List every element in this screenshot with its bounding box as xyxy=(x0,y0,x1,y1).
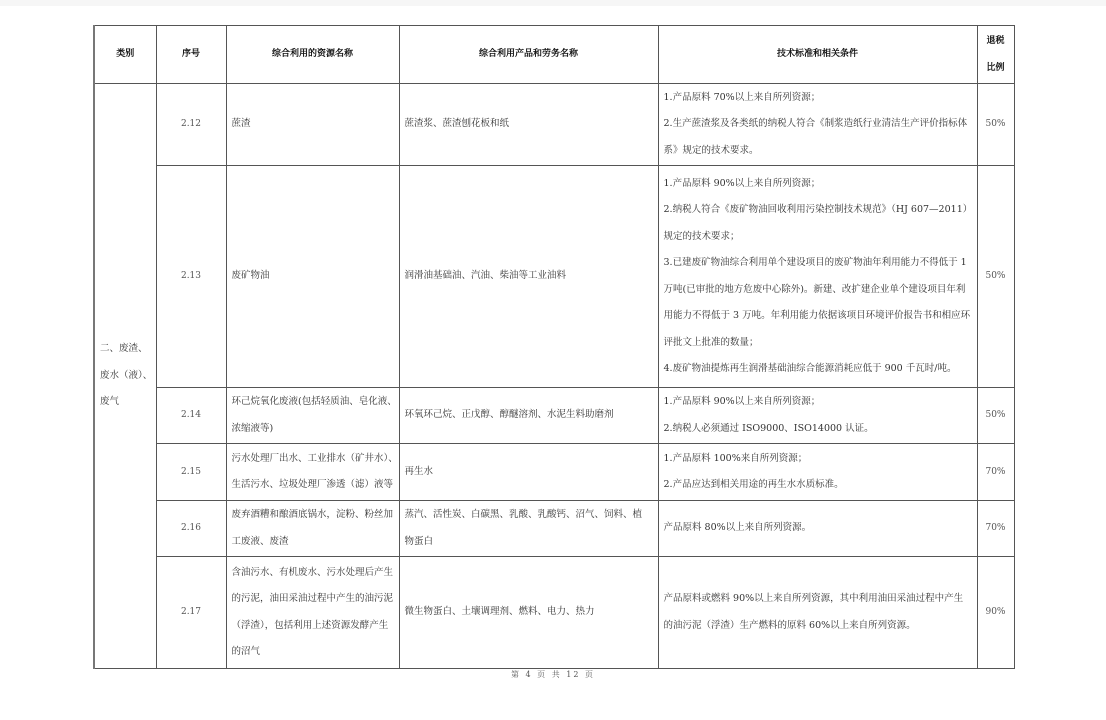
standard-line: 万吨(已审批的地方危废中心除外)。新建、改扩建企业单个建设项目年利 xyxy=(664,277,974,304)
category-cell: 二、废渣、废水（液）、废气 xyxy=(94,84,156,669)
standard-line: 3.已建废矿物油综合利用单个建设项目的废矿物油年利用能力不得低于 1 xyxy=(664,250,974,277)
resource-line: 废弃酒糟和酿酒底锅水，淀粉、粉丝加 xyxy=(232,502,396,529)
table-row: 2.13废矿物油润滑油基础油、汽油、柴油等工业油料1.产品原料 90%以上来自所… xyxy=(94,166,1014,388)
standard-line: 产品原料 80%以上来自所列资源。 xyxy=(664,515,974,542)
table-row: 2.15污水处理厂出水、工业排水（矿井水）、生活污水、垃圾处理厂渗透（滤）液等再… xyxy=(94,444,1014,501)
standard-cell: 1.产品原料 70%以上来自所列资源；2.生产蔗渣浆及各类纸的纳税人符合《制浆造… xyxy=(658,84,977,166)
resource-line: 废矿物油 xyxy=(232,263,396,290)
table-row: 2.16废弃酒糟和酿酒底锅水，淀粉、粉丝加工废液、废渣蒸汽、活性炭、白碳黑、乳酸… xyxy=(94,501,1014,557)
serial-cell: 2.16 xyxy=(156,501,226,557)
header-standard: 技术标准和相关条件 xyxy=(658,26,977,84)
standard-line: 1.产品原料 100%来自所列资源； xyxy=(664,446,974,473)
product-line: 环氧环己烷、正戊醇、醇醚溶剂、水泥生料助磨剂 xyxy=(405,402,655,429)
serial-cell: 2.13 xyxy=(156,166,226,388)
product-line: 微生物蛋白、土壤调理剂、燃料、电力、热力 xyxy=(405,599,655,626)
refund-ratio-cell: 50% xyxy=(977,166,1014,388)
refund-ratio-cell: 50% xyxy=(977,388,1014,444)
refund-ratio-cell: 90% xyxy=(977,557,1014,669)
product-line: 蔗渣浆、蔗渣刨花板和纸 xyxy=(405,111,655,138)
resource-line: 的沼气 xyxy=(232,639,396,666)
resource-line: 污水处理厂出水、工业排水（矿井水）、 xyxy=(232,446,396,473)
header-resource: 综合利用的资源名称 xyxy=(226,26,399,84)
table-row: 2.17含油污水、有机废水、污水处理后产生的污泥，油田采油过程中产生的油污泥（浮… xyxy=(94,557,1014,669)
page-number: 第 4 页 共 12 页 xyxy=(0,668,1106,682)
resource-line: 生活污水、垃圾处理厂渗透（滤）液等 xyxy=(232,472,396,499)
product-line: 润滑油基础油、汽油、柴油等工业油料 xyxy=(405,263,655,290)
product-line: 蒸汽、活性炭、白碳黑、乳酸、乳酸钙、沼气、饲料、植 xyxy=(405,502,655,529)
table-row: 2.14环己烷氧化废液(包括轻质油、皂化液、浓缩液等)环氧环己烷、正戊醇、醇醚溶… xyxy=(94,388,1014,444)
serial-cell: 2.12 xyxy=(156,84,226,166)
standard-line: 2.纳税人符合《废矿物油回收利用污染控制技术规范》（HJ 607—2011） xyxy=(664,197,974,224)
standard-cell: 产品原料或燃料 90%以上来自所列资源，其中利用油田采油过程中产生的油污泥（浮渣… xyxy=(658,557,977,669)
standard-line: 用能力不得低于 3 万吨。年利用能力依据该项目环境评价报告书和相应环 xyxy=(664,303,974,330)
standard-line: 2.生产蔗渣浆及各类纸的纳税人符合《制浆造纸行业清洁生产评价指标体 xyxy=(664,111,974,138)
resource-line: 蔗渣 xyxy=(232,111,396,138)
refund-ratio-cell: 50% xyxy=(977,84,1014,166)
standard-line: 产品原料或燃料 90%以上来自所列资源，其中利用油田采油过程中产生 xyxy=(664,586,974,613)
header-serial: 序号 xyxy=(156,26,226,84)
standard-line: 4.废矿物油提炼再生润滑基础油综合能源消耗应低于 900 千瓦时/吨。 xyxy=(664,356,974,383)
resource-cell: 蔗渣 xyxy=(226,84,399,166)
standard-line: 1.产品原料 70%以上来自所列资源； xyxy=(664,85,974,112)
product-cell: 环氧环己烷、正戊醇、醇醚溶剂、水泥生料助磨剂 xyxy=(399,388,658,444)
standard-line: 系》规定的技术要求。 xyxy=(664,138,974,165)
category-line: 废气 xyxy=(100,389,156,416)
serial-cell: 2.14 xyxy=(156,388,226,444)
product-cell: 蔗渣浆、蔗渣刨花板和纸 xyxy=(399,84,658,166)
standard-line: 1.产品原料 90%以上来自所列资源； xyxy=(664,389,974,416)
product-line: 物蛋白 xyxy=(405,529,655,556)
serial-cell: 2.15 xyxy=(156,444,226,501)
resource-line: 浓缩液等) xyxy=(232,416,396,443)
standard-line: 规定的技术要求； xyxy=(664,224,974,251)
table-row: 二、废渣、废水（液）、废气2.12蔗渣蔗渣浆、蔗渣刨花板和纸1.产品原料 70%… xyxy=(94,84,1014,166)
resource-line: 环己烷氧化废液(包括轻质油、皂化液、 xyxy=(232,389,396,416)
category-line: 二、废渣、 xyxy=(100,336,156,363)
standard-cell: 1.产品原料 100%来自所列资源；2.产品应达到相关用途的再生水水质标准。 xyxy=(658,444,977,501)
resource-cell: 含油污水、有机废水、污水处理后产生的污泥，油田采油过程中产生的油污泥（浮渣），包… xyxy=(226,557,399,669)
resource-line: 的污泥，油田采油过程中产生的油污泥 xyxy=(232,586,396,613)
standard-cell: 产品原料 80%以上来自所列资源。 xyxy=(658,501,977,557)
resource-line: 工废液、废渣 xyxy=(232,529,396,556)
product-cell: 微生物蛋白、土壤调理剂、燃料、电力、热力 xyxy=(399,557,658,669)
product-cell: 再生水 xyxy=(399,444,658,501)
table-header-row: 类别 序号 综合利用的资源名称 综合利用产品和劳务名称 技术标准和相关条件 退税… xyxy=(94,26,1014,84)
resource-line: （浮渣），包括利用上述资源发酵产生 xyxy=(232,613,396,640)
product-cell: 蒸汽、活性炭、白碳黑、乳酸、乳酸钙、沼气、饲料、植物蛋白 xyxy=(399,501,658,557)
standard-cell: 1.产品原料 90%以上来自所列资源；2.纳税人符合《废矿物油回收利用污染控制技… xyxy=(658,166,977,388)
standard-line: 评批文上批准的数量； xyxy=(664,330,974,357)
resource-cell: 污水处理厂出水、工业排水（矿井水）、生活污水、垃圾处理厂渗透（滤）液等 xyxy=(226,444,399,501)
header-product: 综合利用产品和劳务名称 xyxy=(399,26,658,84)
standard-line: 2.产品应达到相关用途的再生水水质标准。 xyxy=(664,472,974,499)
header-category: 类别 xyxy=(94,26,156,84)
product-line: 再生水 xyxy=(405,459,655,486)
refund-ratio-cell: 70% xyxy=(977,501,1014,557)
standard-line: 的油污泥（浮渣）生产燃料的原料 60%以上来自所列资源。 xyxy=(664,613,974,640)
page-top-strip xyxy=(0,0,1106,6)
header-ratio: 退税 比例 xyxy=(977,26,1014,84)
resource-line: 含油污水、有机废水、污水处理后产生 xyxy=(232,560,396,587)
tax-refund-table: 类别 序号 综合利用的资源名称 综合利用产品和劳务名称 技术标准和相关条件 退税… xyxy=(93,25,1015,669)
serial-cell: 2.17 xyxy=(156,557,226,669)
standard-cell: 1.产品原料 90%以上来自所列资源；2.纳税人必须通过 ISO9000、ISO… xyxy=(658,388,977,444)
standard-line: 2.纳税人必须通过 ISO9000、ISO14000 认证。 xyxy=(664,416,974,443)
product-cell: 润滑油基础油、汽油、柴油等工业油料 xyxy=(399,166,658,388)
resource-cell: 环己烷氧化废液(包括轻质油、皂化液、浓缩液等) xyxy=(226,388,399,444)
resource-cell: 废弃酒糟和酿酒底锅水，淀粉、粉丝加工废液、废渣 xyxy=(226,501,399,557)
category-line: 废水（液）、 xyxy=(100,363,156,390)
refund-ratio-cell: 70% xyxy=(977,444,1014,501)
standard-line: 1.产品原料 90%以上来自所列资源； xyxy=(664,171,974,198)
header-ratio-line2: 比例 xyxy=(978,55,1014,82)
header-ratio-line1: 退税 xyxy=(978,28,1014,55)
resource-cell: 废矿物油 xyxy=(226,166,399,388)
